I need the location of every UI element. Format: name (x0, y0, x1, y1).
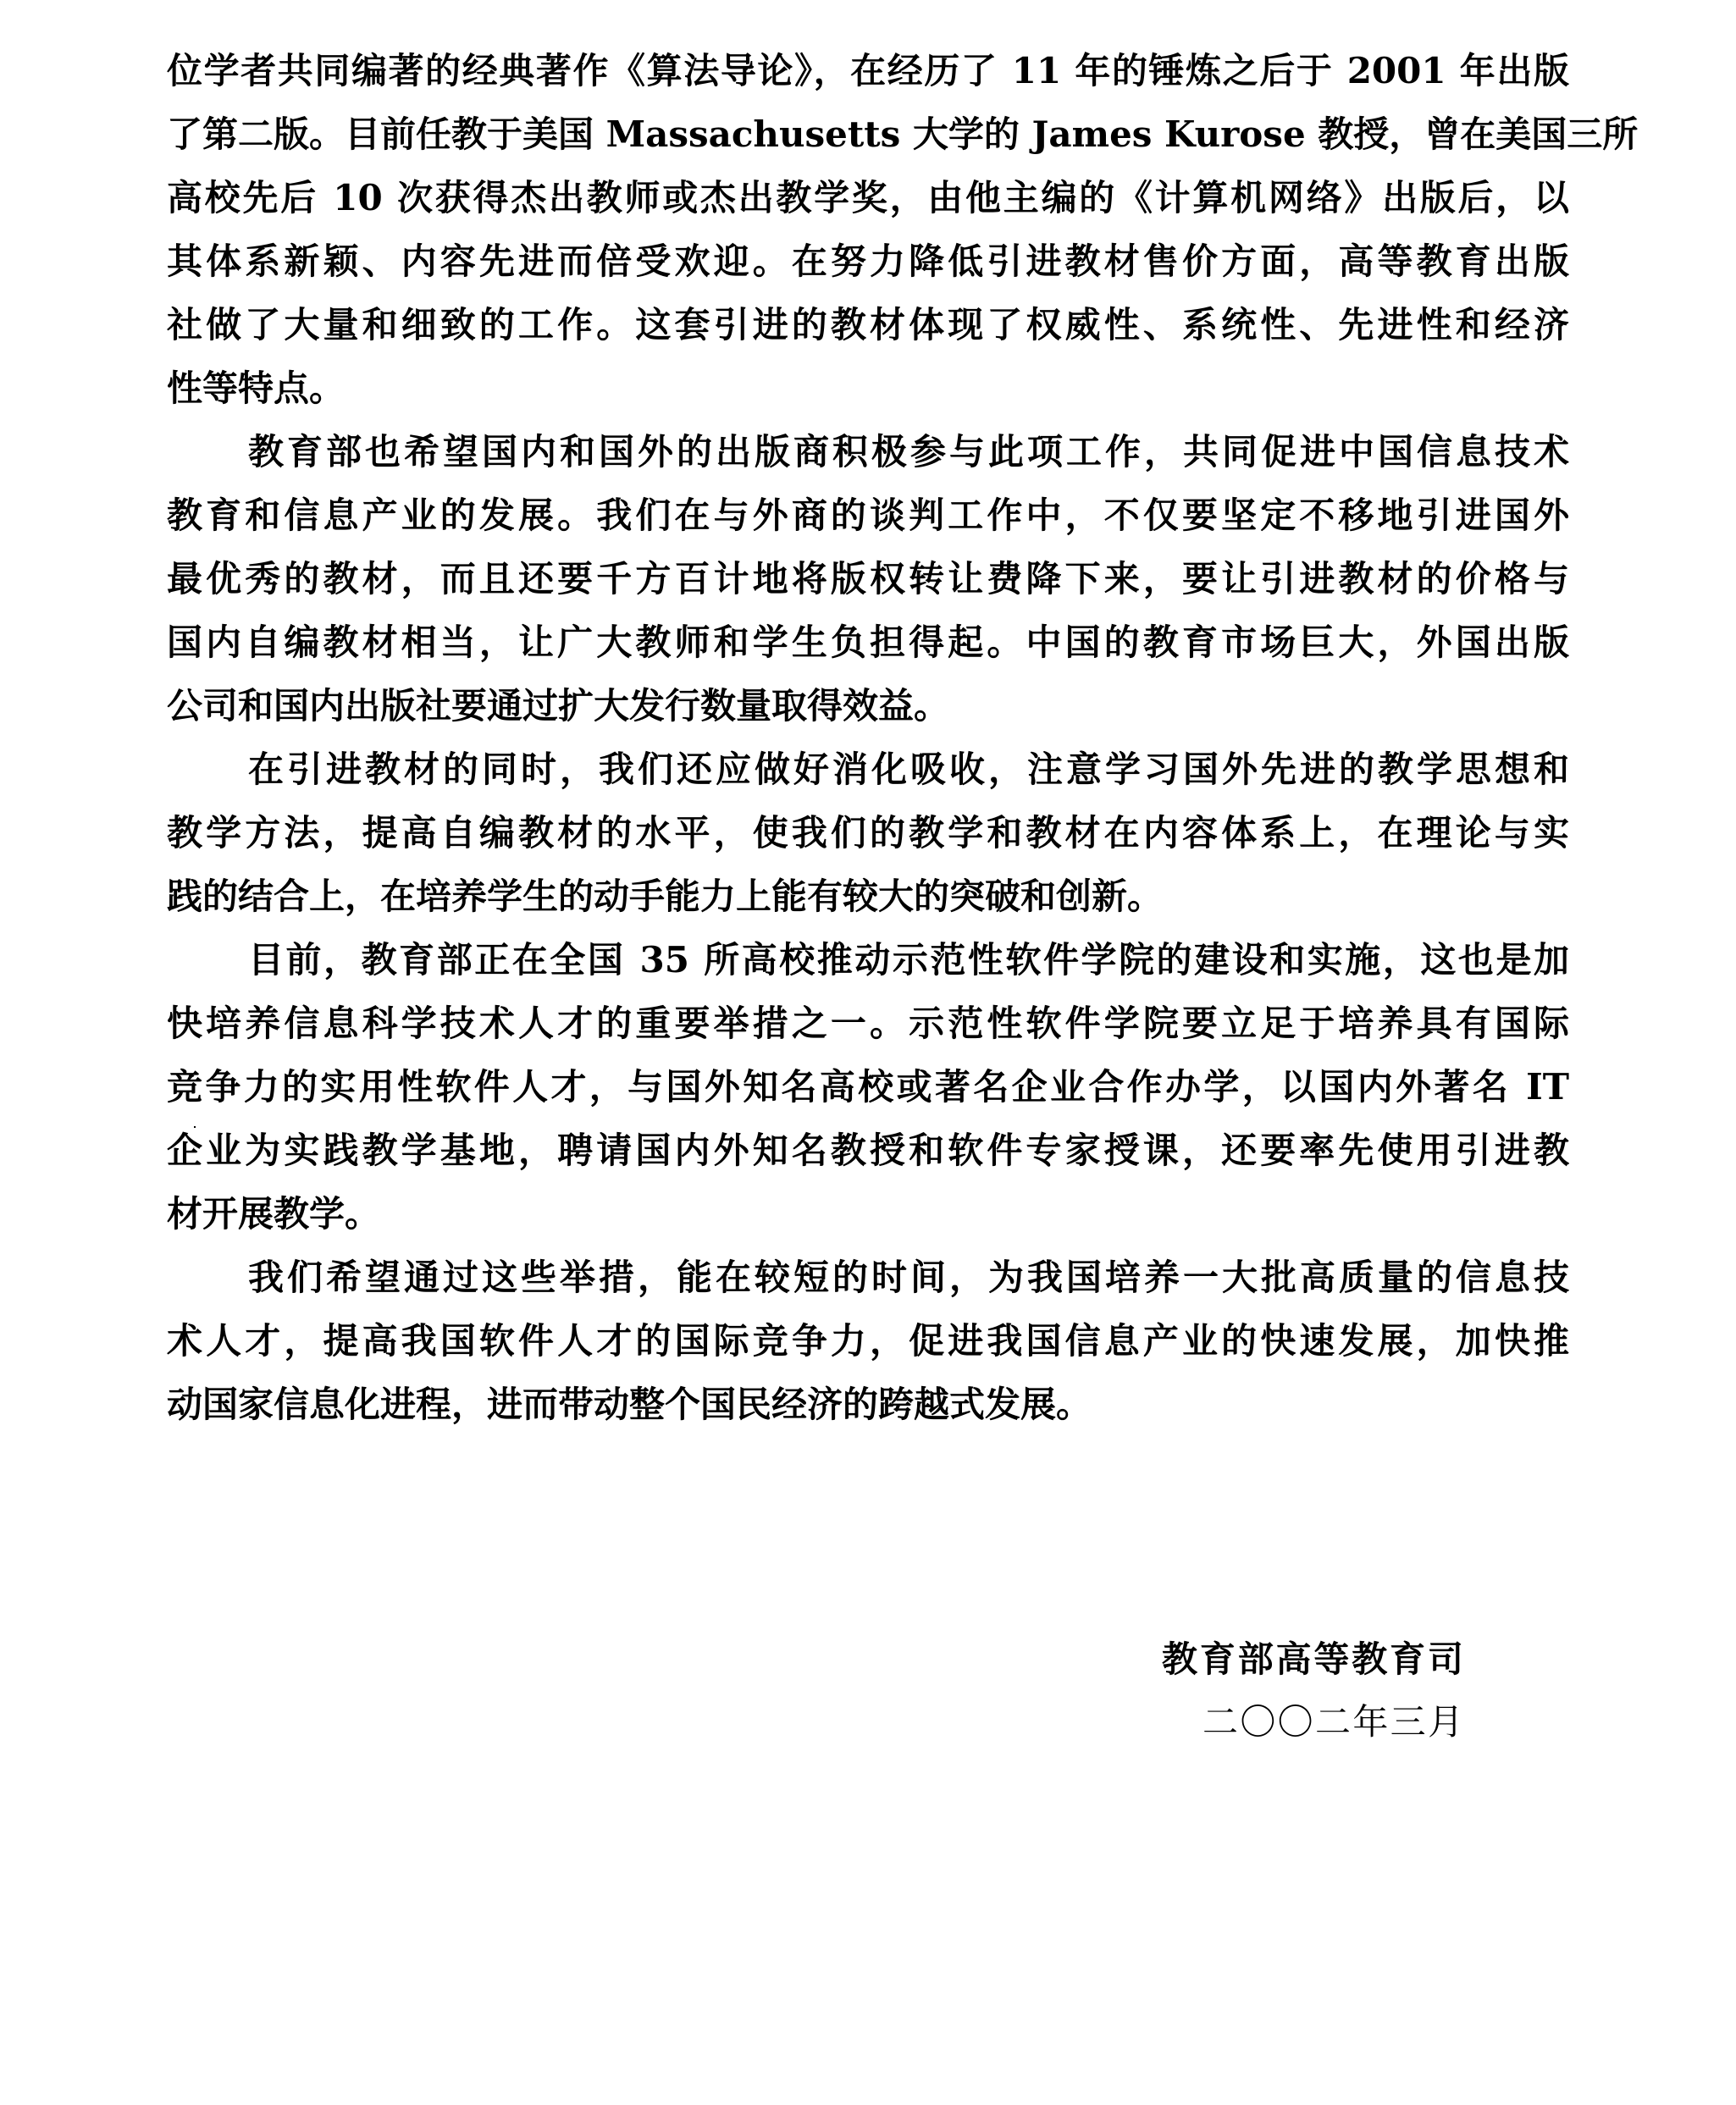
paragraph-5-line-1: 我们希望通过这些举措，能在较短的时间，为我国培养一大批高质量的信息技 (248, 1256, 1569, 1300)
signature-date: 二〇〇二年三月 (1202, 1700, 1463, 1744)
paragraph-1-line-2: 了第二版。目前任教于美国 Massachusetts 大学的 James Kur… (167, 113, 1569, 157)
paragraph-2-line-1: 教育部也希望国内和国外的出版商积极参与此项工作，共同促进中国信息技术 (248, 430, 1569, 474)
paragraph-1-line-3: 高校先后 10 次获得杰出教师或杰出教学奖，由他主编的《计算机网络》出版后，以 (167, 176, 1569, 220)
paragraph-4-line-3: 竞争力的实用性软件人才，与国外知名高校或著名企业合作办学，以国内外著名 IT (167, 1065, 1569, 1109)
paragraph-4-line-2: 快培养信息科学技术人才的重要举措之一。示范性软件学院要立足于培养具有国际 (167, 1002, 1569, 1046)
paragraph-2-line-4: 国内自编教材相当，让广大教师和学生负担得起。中国的教育市场巨大，外国出版 (167, 621, 1569, 665)
paragraph-4-line-5: 材开展教学。 (167, 1192, 1569, 1236)
signature-organization: 教育部高等教育司 (1162, 1638, 1463, 1682)
scan-speck (194, 1126, 196, 1128)
paragraph-3-line-1: 在引进教材的同时，我们还应做好消化吸收，注意学习国外先进的教学思想和 (248, 748, 1569, 792)
paragraph-4-line-4: 企业为实践教学基地，聘请国内外知名教授和软件专家授课，还要率先使用引进教 (167, 1129, 1569, 1173)
paragraph-2-line-3: 最优秀的教材，而且还要千方百计地将版权转让费降下来，要让引进教材的价格与 (167, 557, 1569, 601)
paragraph-1-line-6: 性等特点。 (167, 367, 1569, 411)
paragraph-3-line-2: 教学方法，提高自编教材的水平，使我们的教学和教材在内容体系上，在理论与实 (167, 811, 1569, 855)
paragraph-5-line-2: 术人才，提高我国软件人才的国际竞争力，促进我国信息产业的快速发展，加快推 (167, 1319, 1569, 1363)
paragraph-2-line-2: 教育和信息产业的发展。我们在与外商的谈判工作中，不仅要坚定不移地引进国外 (167, 494, 1569, 538)
paragraph-4-line-1: 目前，教育部正在全国 35 所高校推动示范性软件学院的建设和实施，这也是加 (248, 938, 1569, 982)
paragraph-3-line-3: 践的结合上，在培养学生的动手能力上能有较大的突破和创新。 (167, 875, 1569, 919)
paragraph-1-line-4: 其体系新颖、内容先进而倍受欢迎。在努力降低引进教材售价方面，高等教育出版 (167, 240, 1569, 284)
document-page: 位学者共同编著的经典著作《算法导论》，在经历了 11 年的锤炼之后于 2001 … (0, 0, 1736, 2105)
paragraph-1-line-5: 社做了大量和细致的工作。这套引进的教材体现了权威性、系统性、先进性和经济 (167, 303, 1569, 347)
paragraph-1-line-1: 位学者共同编著的经典著作《算法导论》，在经历了 11 年的锤炼之后于 2001 … (167, 49, 1569, 93)
paragraph-5-line-3: 动国家信息化进程，进而带动整个国民经济的跨越式发展。 (167, 1383, 1569, 1427)
paragraph-2-line-5: 公司和国内出版社要通过扩大发行数量取得效益。 (167, 684, 1569, 728)
